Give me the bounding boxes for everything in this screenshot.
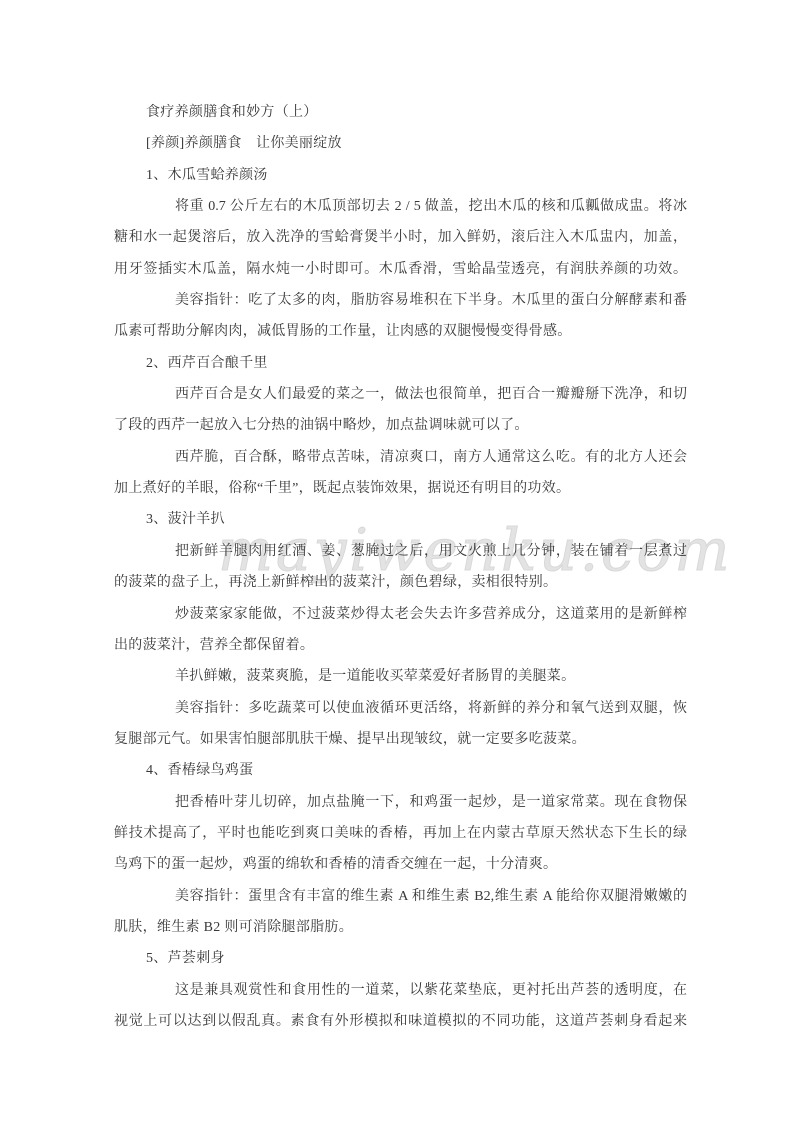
body-line: 加上煮好的羊眼，俗称“千里”，既起点装饰效果，据说还有明目的功效。 <box>114 473 687 504</box>
body-line: 糖和水一起煲溶后，放入洗净的雪蛤膏煲半小时，加入鲜奶，滚后注入木瓜盅内，加盖， <box>114 222 687 253</box>
body-line: 西芹百合是女人们最爱的菜之一，做法也很简单，把百合一瓣瓣掰下洗净，和切 <box>114 379 687 410</box>
body-line: 把新鲜羊腿肉用红酒、姜、葱腌过之后，用文火煎上几分钟，装在铺着一层煮过 <box>114 536 687 567</box>
body-line: 肌肤，维生素 B2 则可消除腿部脂肪。 <box>114 912 687 943</box>
recipe-4-heading: 4、香椿绿鸟鸡蛋 <box>114 755 687 786</box>
body-line: 美容指针：蛋里含有丰富的维生素 A 和维生素 B2,维生素 A 能给你双腿滑嫩嫩… <box>114 881 687 912</box>
body-line: 鸟鸡下的蛋一起炒，鸡蛋的绵软和香椿的清香交缠在一起，十分清爽。 <box>114 849 687 880</box>
body-line: 把香椿叶芽儿切碎，加点盐腌一下，和鸡蛋一起炒，是一道家常菜。现在食物保 <box>114 787 687 818</box>
body-line: 炒菠菜家家能做，不过菠菜炒得太老会失去许多营养成分，这道菜用的是新鲜榨 <box>114 599 687 630</box>
recipe-1-heading: 1、木瓜雪蛤养颜汤 <box>114 160 687 191</box>
body-line: 这是兼具观赏性和食用性的一道菜，以紫花菜垫底，更衬托出芦荟的透明度，在 <box>114 975 687 1006</box>
body-line: 美容指针：吃了太多的肉，脂肪容易堆积在下半身。木瓜里的蛋白分解酵素和番 <box>114 285 687 316</box>
body-line: 羊扒鲜嫩，菠菜爽脆，是一道能收买荤菜爱好者肠胃的美腿菜。 <box>114 661 687 692</box>
recipe-2-heading: 2、西芹百合酿千里 <box>114 348 687 379</box>
body-line: 的菠菜的盘子上，再浇上新鲜榨出的菠菜汁，颜色碧绿，卖相很特别。 <box>114 567 687 598</box>
recipe-5-heading: 5、芦荟刺身 <box>114 943 687 974</box>
recipe-3-heading: 3、菠汁羊扒 <box>114 504 687 535</box>
document-content: 食疗养颜膳食和妙方（上） [养颜]养颜膳食 让你美丽绽放 1、木瓜雪蛤养颜汤 将… <box>114 97 687 1037</box>
body-line: 鲜技术提高了，平时也能吃到爽口美味的香椿，再加上在内蒙古草原天然状态下生长的绿 <box>114 818 687 849</box>
doc-subtitle: [养颜]养颜膳食 让你美丽绽放 <box>114 128 687 159</box>
body-line: 西芹脆，百合酥，略带点苦味，清凉爽口，南方人通常这么吃。有的北方人还会 <box>114 442 687 473</box>
body-line: 瓜素可帮助分解肉肉，减低胃肠的工作量，让肉感的双腿慢慢变得骨感。 <box>114 316 687 347</box>
body-line: 了段的西芹一起放入七分热的油锅中略炒，加点盐调味就可以了。 <box>114 410 687 441</box>
doc-title: 食疗养颜膳食和妙方（上） <box>114 97 687 128</box>
body-line: 将重 0.7 公斤左右的木瓜顶部切去 2 / 5 做盖，挖出木瓜的核和瓜瓤做成盅… <box>114 191 687 222</box>
body-line: 出的菠菜汁，营养全都保留着。 <box>114 630 687 661</box>
body-line: 视觉上可以达到以假乱真。素食有外形模拟和味道模拟的不同功能，这道芦荟刺身看起来 <box>114 1006 687 1037</box>
body-line: 美容指针：多吃蔬菜可以使血液循环更活络，将新鲜的养分和氧气送到双腿，恢 <box>114 693 687 724</box>
document-page: mayiwenku.com 食疗养颜膳食和妙方（上） [养颜]养颜膳食 让你美丽… <box>0 0 800 1132</box>
body-line: 用牙签插实木瓜盖，隔水炖一小时即可。木瓜香滑，雪蛤晶莹透亮，有润肤养颜的功效。 <box>114 254 687 285</box>
body-line: 复腿部元气。如果害怕腿部肌肤干燥、提早出现皱纹，就一定要多吃菠菜。 <box>114 724 687 755</box>
